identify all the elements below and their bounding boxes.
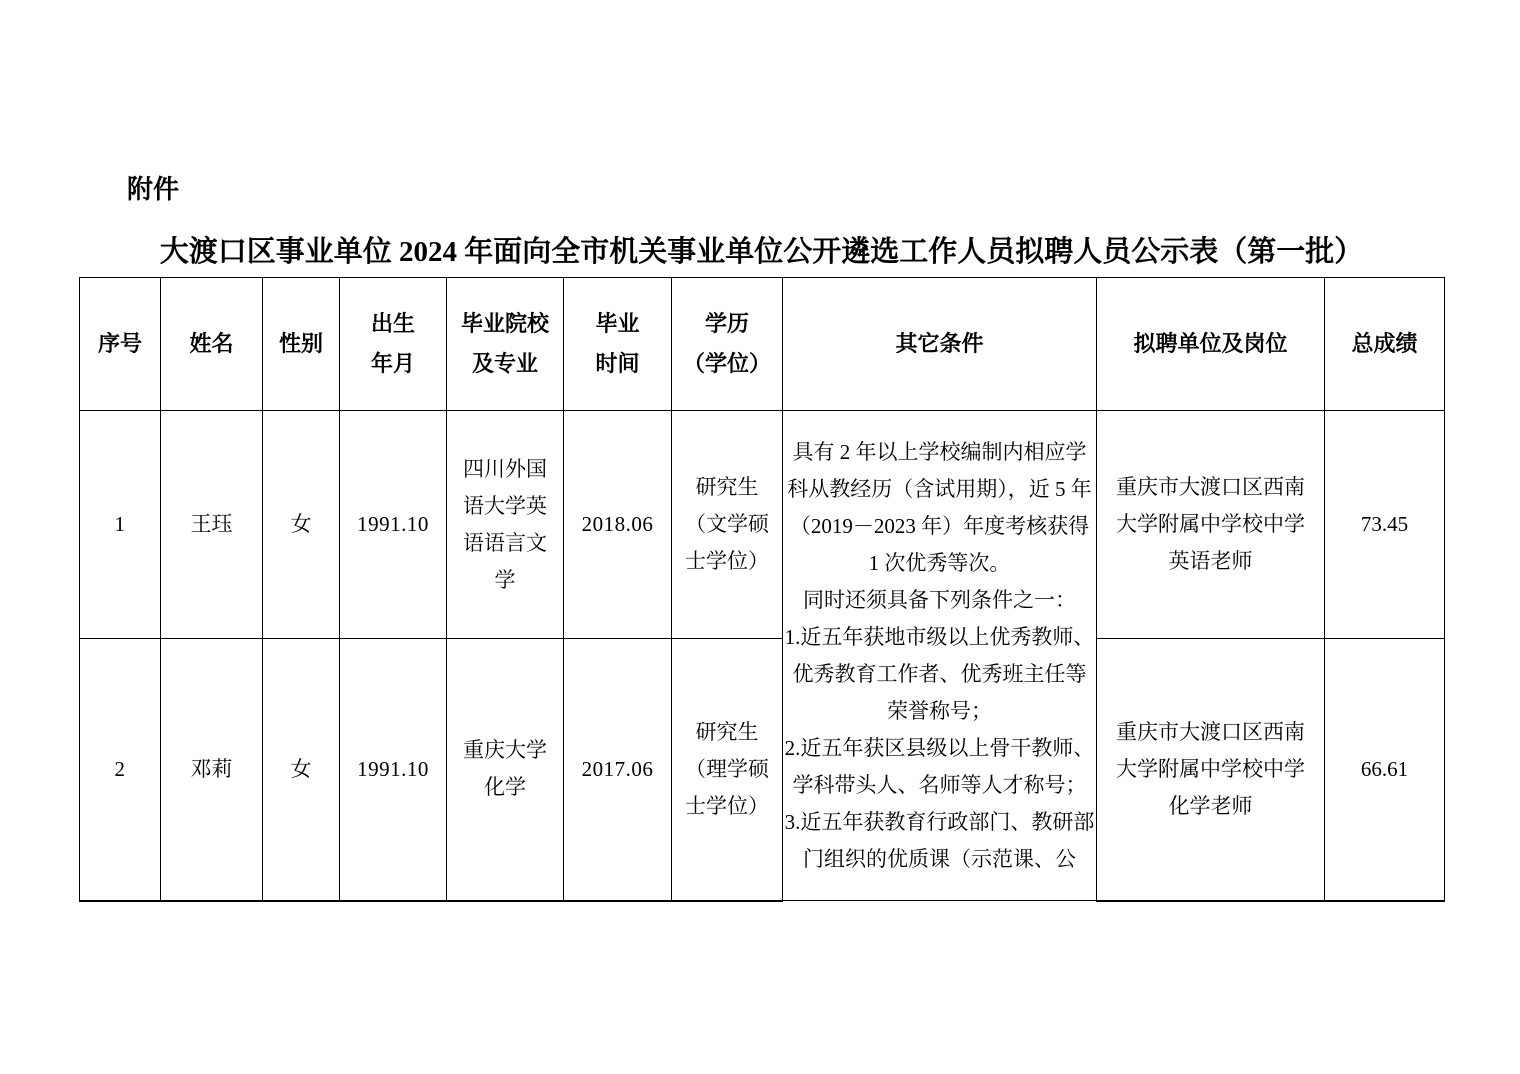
col-header-score: 总成绩 (1325, 278, 1445, 411)
cell-name: 王珏 (161, 411, 263, 639)
cell-gender: 女 (263, 411, 340, 639)
col-header-degree: 学历 （学位） (672, 278, 783, 411)
page-title: 大渡口区事业单位 2024 年面向全市机关事业单位公开遴选工作人员拟聘人员公示表… (79, 234, 1444, 270)
cell-degree: 研究生 （文学硕 士学位） (672, 411, 783, 639)
cell-grad-time: 2018.06 (564, 411, 672, 639)
cell-gender: 女 (263, 639, 340, 901)
cell-other-conditions: 具有 2 年以上学校编制内相应学科从教经历（含试用期），近 5 年（2019－2… (783, 411, 1097, 901)
col-header-name: 姓名 (161, 278, 263, 411)
cell-degree: 研究生 （理学硕 士学位） (672, 639, 783, 901)
cell-seq: 2 (80, 639, 161, 901)
cell-position: 重庆市大渡口区西南 大学附属中学校中学 化学老师 (1097, 639, 1325, 901)
col-header-birth: 出生 年月 (340, 278, 447, 411)
cell-position: 重庆市大渡口区西南 大学附属中学校中学 英语老师 (1097, 411, 1325, 639)
cell-birth: 1991.10 (340, 639, 447, 901)
cell-grad-time: 2017.06 (564, 639, 672, 901)
col-header-gender: 性别 (263, 278, 340, 411)
col-header-position: 拟聘单位及岗位 (1097, 278, 1325, 411)
cell-name: 邓莉 (161, 639, 263, 901)
attachment-label: 附件 (127, 174, 179, 204)
document-page: 附件 大渡口区事业单位 2024 年面向全市机关事业单位公开遴选工作人员拟聘人员… (0, 0, 1520, 1074)
cell-birth: 1991.10 (340, 411, 447, 639)
table-row: 1 王珏 女 1991.10 四川外国 语大学英 语语言文 学 2018.06 … (80, 411, 1445, 639)
cell-score: 73.45 (1325, 411, 1445, 639)
table-row: 2 邓莉 女 1991.10 重庆大学 化学 2017.06 研究生 （理学硕 … (80, 639, 1445, 901)
table-header-row: 序号 姓名 性别 出生 年月 毕业院校 及专业 毕业 时间 学历 （学位） 其它… (80, 278, 1445, 411)
cell-school: 重庆大学 化学 (447, 639, 564, 901)
col-header-conditions: 其它条件 (783, 278, 1097, 411)
cell-score: 66.61 (1325, 639, 1445, 901)
col-header-seq: 序号 (80, 278, 161, 411)
cell-school: 四川外国 语大学英 语语言文 学 (447, 411, 564, 639)
col-header-school: 毕业院校 及专业 (447, 278, 564, 411)
col-header-grad-time: 毕业 时间 (564, 278, 672, 411)
cell-seq: 1 (80, 411, 161, 639)
candidates-table: 序号 姓名 性别 出生 年月 毕业院校 及专业 毕业 时间 学历 （学位） 其它… (79, 277, 1445, 902)
